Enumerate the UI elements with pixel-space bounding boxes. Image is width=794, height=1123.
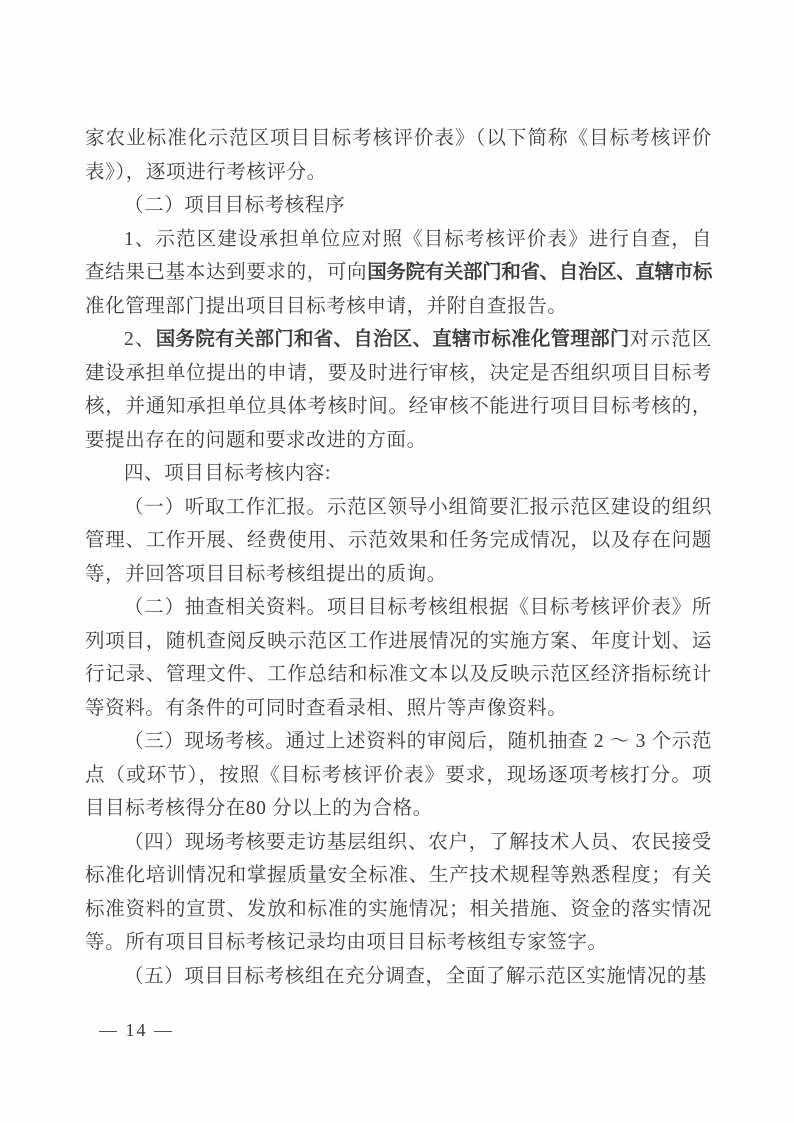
text-run: （五）项目目标考核组在充分调查，全面了解示范区实施情况的基 bbox=[124, 966, 707, 987]
emphasized-text-run: 国务院有关部门和省、自治区、直辖市标 bbox=[367, 262, 712, 283]
text-run: 四、项目目标考核内容: bbox=[124, 463, 331, 484]
text-run: （二）抽查相关资料。项目目标考核组根据《目标考核评价表》所列项目，随机查阅反映示… bbox=[85, 597, 712, 719]
text-run: 家农业标准化示范区项目目标考核评价表》（以下简称《目标考核评价表》），逐项进行考… bbox=[85, 128, 712, 183]
document-page: 家农业标准化示范区项目目标考核评价表》（以下简称《目标考核评价表》），逐项进行考… bbox=[0, 0, 794, 1123]
paragraph: 2、国务院有关部门和省、自治区、直辖市标准化管理部门对示范区建设承担单位提出的申… bbox=[85, 323, 712, 457]
text-run: （一）听取工作汇报。示范区领导小组简要汇报示范区建设的组织管理、工作开展、经费使… bbox=[85, 497, 712, 585]
emphasized-text-run: 国务院有关部门和省、自治区、直辖市标准化管理部门 bbox=[156, 329, 630, 350]
text-run: （三）现场考核。通过上述资料的审阅后，随机抽查 2 ～ 3 个示范点（或环节），… bbox=[85, 731, 712, 819]
paragraph: （五）项目目标考核组在充分调查，全面了解示范区实施情况的基 bbox=[85, 960, 712, 994]
paragraph: （四）现场考核要走访基层组织、农户，了解技术人员、农民接受标准化培训情况和掌握质… bbox=[85, 826, 712, 960]
text-run: 2、 bbox=[124, 329, 156, 350]
paragraph: 家农业标准化示范区项目目标考核评价表》（以下简称《目标考核评价表》），逐项进行考… bbox=[85, 122, 712, 189]
text-run: （四）现场考核要走访基层组织、农户，了解技术人员、农民接受标准化培训情况和掌握质… bbox=[85, 832, 712, 954]
paragraph: （一）听取工作汇报。示范区领导小组简要汇报示范区建设的组织管理、工作开展、经费使… bbox=[85, 491, 712, 592]
paragraph: （二）项目目标考核程序 bbox=[85, 189, 712, 223]
paragraph: 1、示范区建设承担单位应对照《目标考核评价表》进行自查，自查结果已基本达到要求的… bbox=[85, 223, 712, 324]
text-run: 准化管理部门提出项目目标考核申请，并附自查报告。 bbox=[85, 296, 567, 317]
page-number: — 14 — bbox=[99, 1020, 174, 1041]
paragraph: 四、项目目标考核内容: bbox=[85, 457, 712, 491]
paragraph: （二）抽查相关资料。项目目标考核组根据《目标考核评价表》所列项目，随机查阅反映示… bbox=[85, 591, 712, 725]
paragraph: （三）现场考核。通过上述资料的审阅后，随机抽查 2 ～ 3 个示范点（或环节），… bbox=[85, 725, 712, 826]
document-body: 家农业标准化示范区项目目标考核评价表》（以下简称《目标考核评价表》），逐项进行考… bbox=[85, 122, 712, 993]
text-run: （二）项目目标考核程序 bbox=[124, 195, 345, 216]
